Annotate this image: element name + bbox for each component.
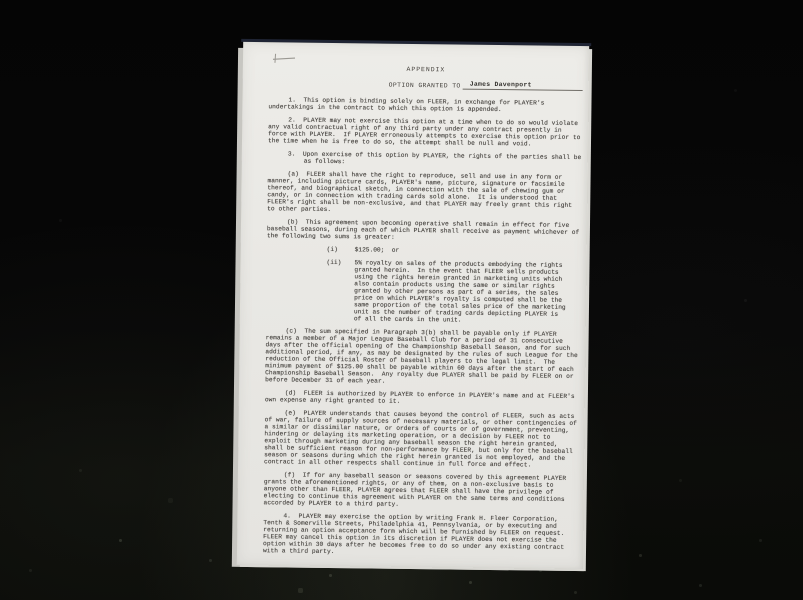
paragraph-3: 3. Upon exercise of this option by PLAYE… (268, 150, 582, 168)
clause-ii-label: (ii) (326, 259, 355, 322)
subparagraph-e: (e) PLAYER understands that causes beyon… (264, 409, 579, 469)
document-stack: APPENDIX OPTION GRANTED TO James Davenpo… (237, 42, 589, 569)
paragraph-1: 1. This option is binding solely on FLEE… (268, 96, 582, 114)
subparagraph-f: (f) If for any baseball season or season… (264, 471, 578, 510)
subparagraph-b: (b) This agreement upon becoming operati… (267, 218, 581, 243)
document-title: APPENDIX (269, 64, 583, 75)
option-granted-line: OPTION GRANTED TO James Davenport (389, 80, 583, 91)
subparagraph-c: (c) The sum specified in Paragraph 3(b) … (265, 327, 580, 387)
subparagraph-a: (a) FLEER shall have the right to reprod… (267, 170, 581, 216)
clause-ii-text: 5% royalty on sales of the products embo… (354, 259, 581, 325)
option-granted-label: OPTION GRANTED TO (389, 82, 461, 90)
clause-ii: (ii) 5% royalty on sales of the products… (326, 259, 581, 325)
subparagraph-d: (d) FLEER is authorized by PLAYER to enf… (265, 389, 579, 407)
paragraph-4: 4. PLAYER may exercise the option by wri… (263, 512, 577, 558)
player-name: James Davenport (470, 81, 532, 89)
clause-i-text: $125.00; or (355, 246, 581, 256)
photo-background: APPENDIX OPTION GRANTED TO James Davenpo… (0, 0, 803, 600)
clause-i-label: (i) (327, 246, 355, 253)
clause-i: (i) $125.00; or (327, 246, 581, 256)
page-content: APPENDIX OPTION GRANTED TO James Davenpo… (237, 42, 589, 569)
dust-speckles (0, 0, 1, 1)
paper-sheet: APPENDIX OPTION GRANTED TO James Davenpo… (237, 42, 589, 569)
contract-body: 1. This option is binding solely on FLEE… (263, 96, 583, 558)
name-underline: James Davenport (463, 81, 583, 91)
paragraph-2: 2. PLAYER may not exercise this option a… (268, 116, 582, 148)
